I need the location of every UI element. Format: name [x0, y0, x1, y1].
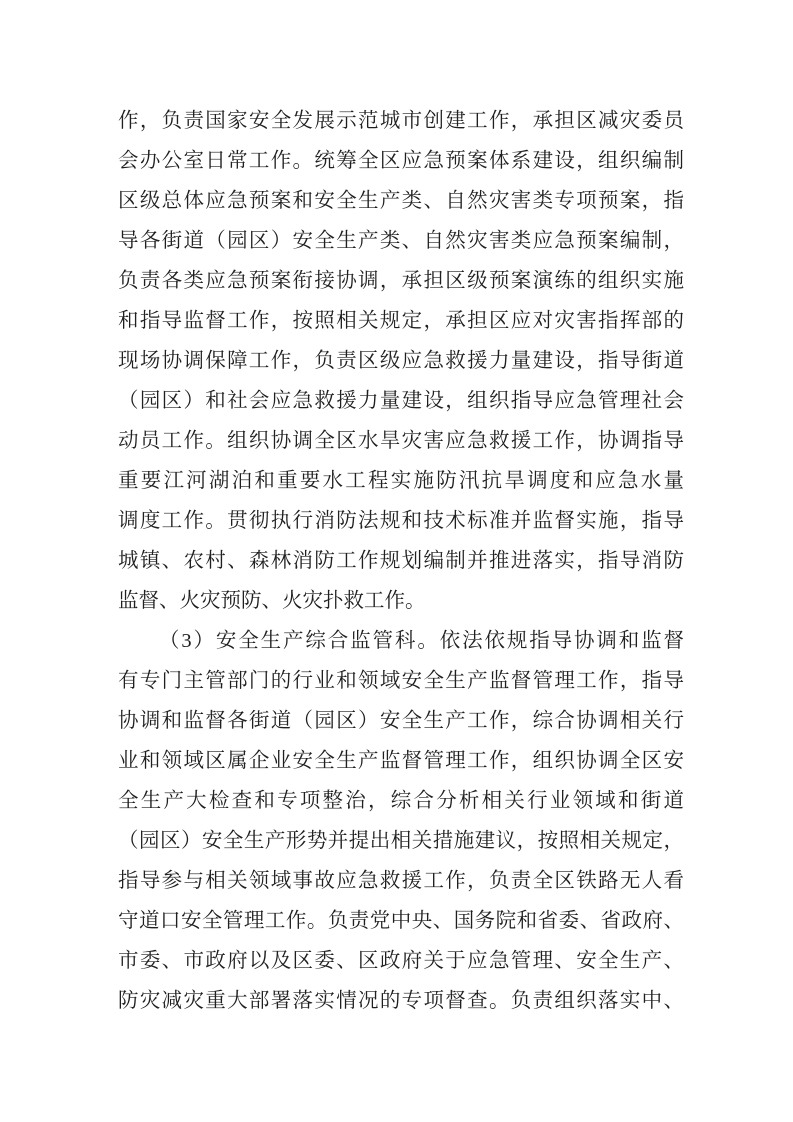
text-line: 守道口安全管理工作。负责党中央、国务院和省委、省政府、 — [118, 901, 684, 941]
text-line: 和指导监督工作，按照相关规定，承担区应对灾害指挥部的 — [118, 301, 684, 341]
text-line: 监督、火灾预防、火灾扑救工作。 — [118, 581, 684, 621]
text-line: 负责各类应急预案衔接协调，承担区级预案演练的组织实施 — [118, 261, 684, 301]
text-line: 区级总体应急预案和安全生产类、自然灾害类专项预案，指 — [118, 181, 684, 221]
text-line: 全生产大检查和专项整治，综合分析相关行业领域和街道 — [118, 781, 684, 821]
text-line: 指导参与相关领域事故应急救援工作，负责全区铁路无人看 — [118, 861, 684, 901]
text-line: （3）安全生产综合监管科。依法依规指导协调和监督 — [118, 621, 684, 661]
text-line: 现场协调保障工作，负责区级应急救援力量建设，指导街道 — [118, 341, 684, 381]
text-line: 业和领域区属企业安全生产监督管理工作，组织协调全区安 — [118, 741, 684, 781]
text-line: 防灾减灾重大部署落实情况的专项督查。负责组织落实中、 — [118, 981, 684, 1021]
text-block: 作，负责国家安全发展示范城市创建工作，承担区减灾委员会办公室日常工作。统筹全区应… — [118, 101, 684, 1021]
text-line: 城镇、农村、森林消防工作规划编制并推进落实，指导消防 — [118, 541, 684, 581]
text-line: 有专门主管部门的行业和领域安全生产监督管理工作，指导 — [118, 661, 684, 701]
text-line: （园区）和社会应急救援力量建设，组织指导应急管理社会 — [118, 381, 684, 421]
text-line: 会办公室日常工作。统筹全区应急预案体系建设，组织编制 — [118, 141, 684, 181]
text-line: 调度工作。贯彻执行消防法规和技术标准并监督实施，指导 — [118, 501, 684, 541]
text-line: （园区）安全生产形势并提出相关措施建议，按照相关规定， — [118, 821, 684, 861]
text-line: 市委、市政府以及区委、区政府关于应急管理、安全生产、 — [118, 941, 684, 981]
text-line: 协调和监督各街道（园区）安全生产工作，综合协调相关行 — [118, 701, 684, 741]
text-line: 作，负责国家安全发展示范城市创建工作，承担区减灾委员 — [118, 101, 684, 141]
text-line: 重要江河湖泊和重要水工程实施防汛抗旱调度和应急水量 — [118, 461, 684, 501]
document-page: 作，负责国家安全发展示范城市创建工作，承担区减灾委员会办公室日常工作。统筹全区应… — [0, 0, 793, 1122]
text-line: 导各街道（园区）安全生产类、自然灾害类应急预案编制， — [118, 221, 684, 261]
text-line: 动员工作。组织协调全区水旱灾害应急救援工作，协调指导 — [118, 421, 684, 461]
